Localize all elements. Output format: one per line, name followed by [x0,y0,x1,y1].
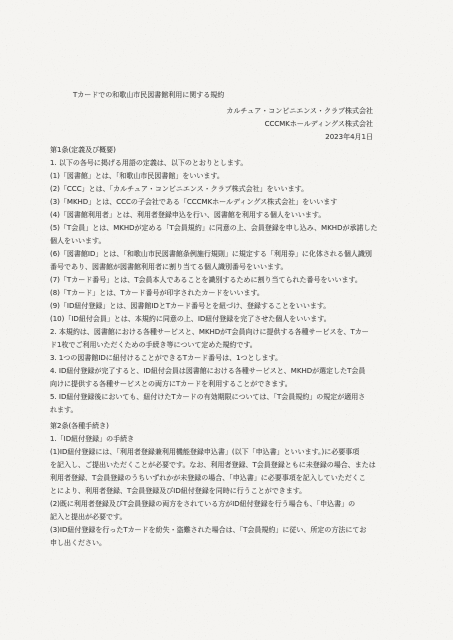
document-line: 3. 1つの図書館IDに紐付けることができるTカード番号は、1つとします。 [50,352,430,365]
document-line: (1)ID紐付登録には、「利用者登録兼利用機能登録申込書」(以下「申込書」といい… [50,446,430,459]
document-line: を記入し、ご提出いただくことが必要です。なお、利用者登録、T会員登録ともに未登録… [50,459,430,472]
document-line: (2)既に利用者登録及びT会員登録の両方をされている方がID紐付登録を行う場合も… [50,498,430,511]
document-line: (4)「図書館利用者」とは、利用者登録申込を行い、図書館を利用する個人をいいます… [50,209,430,222]
document-line: (3)ID紐付登録を行ったTカードを紛失・盗難された場合は、「T会員規約」に従い… [50,524,430,537]
page-title: Tカードでの和歌山市民図書館利用に関する規約 [73,89,224,101]
article-2-section: 第2条(各種手続き) 1.「ID紐付登録」の手続き (1)ID紐付登録には、「利… [50,420,430,550]
document-line: 向けに提供する各種サービスとの両方にTカードを利用することができます。 [50,378,430,391]
document-line: (7)「Tカード番号」とは、T会員本人であることを識別するために割り当てられた番… [50,274,430,287]
document-line: (2)「CCC」とは、「カルチュア・コンビニエンス・クラブ株式会社」をいいます。 [50,183,430,196]
document-line: 1. 以下の各号に掲げる用語の定義は、以下のとおりとします。 [50,157,430,170]
document-line: ド1枚でご利用いただくための手続き等について定めた規約です。 [50,339,430,352]
document-line: 個人をいいます。 [50,235,430,248]
article-2-heading: 第2条(各種手続き) [50,420,430,433]
document-line: (6)「図書館ID」とは、「和歌山市民図書館条例施行規則」に規定する「利用券」に… [50,248,430,261]
document-line: れます。 [50,404,430,417]
document-line: 5. ID紐付登録後においても、紐付けたTカードの有効期限については、「T会員規… [50,391,430,404]
issuer-block: カルチュア・コンビニエンス・クラブ株式会社 CCCMKホールディングス株式会社 … [226,105,373,144]
document-line: 番号であり、図書館が図書館利用者に割り当てる個人識別番号をいいます。 [50,261,430,274]
document-line: 申し出ください。 [50,537,430,550]
scanned-document-page: Tカードでの和歌山市民図書館利用に関する規約 カルチュア・コンビニエンス・クラブ… [0,0,453,640]
article-1-section: 第1条(定義及び概要) 1. 以下の各号に掲げる用語の定義は、以下のとおりとしま… [50,144,430,417]
document-line: 2. 本規約は、図書館における各種サービスと、MKHDがT会員向けに提供する各種… [50,326,430,339]
document-line: (1)「図書館」とは、「和歌山市民図書館」をいいます。 [50,170,430,183]
document-line: 記入と提出が必要です。 [50,511,430,524]
document-line: (5)「T会員」とは、MKHDが定める「T会員規約」に同意の上、会員登録を申し込… [50,222,430,235]
document-line: とにより、利用者登録、T会員登録及びID紐付登録を同時に行うことができます。 [50,485,430,498]
document-line: 利用者登録、T会員登録のうちいずれかが未登録の場合、「申込書」に必要事項を記入し… [50,472,430,485]
document-line: (8)「Tカード」とは、Tカード番号が印字されたカードをいいます。 [50,287,430,300]
document-line: (10)「ID紐付会員」とは、本規約に同意の上、ID紐付登録を完了させた個人をい… [50,313,430,326]
document-date: 2023年4月1日 [226,131,373,144]
issuer-name-cccmk: CCCMKホールディングス株式会社 [226,118,373,131]
document-line: 1.「ID紐付登録」の手続き [50,433,430,446]
article-1-heading: 第1条(定義及び概要) [50,144,430,157]
issuer-name-ccc: カルチュア・コンビニエンス・クラブ株式会社 [226,105,373,118]
document-line: 4. ID紐付登録が完了すると、ID紐付会員は図書館における各種サービスと、MK… [50,365,430,378]
document-line: (3)「MKHD」とは、CCCの子会社である「CCCMKホールディングス株式会社… [50,196,430,209]
document-line: (9)「ID紐付登録」とは、図書館IDとTカード番号とを紐づけ、登録することをい… [50,300,430,313]
